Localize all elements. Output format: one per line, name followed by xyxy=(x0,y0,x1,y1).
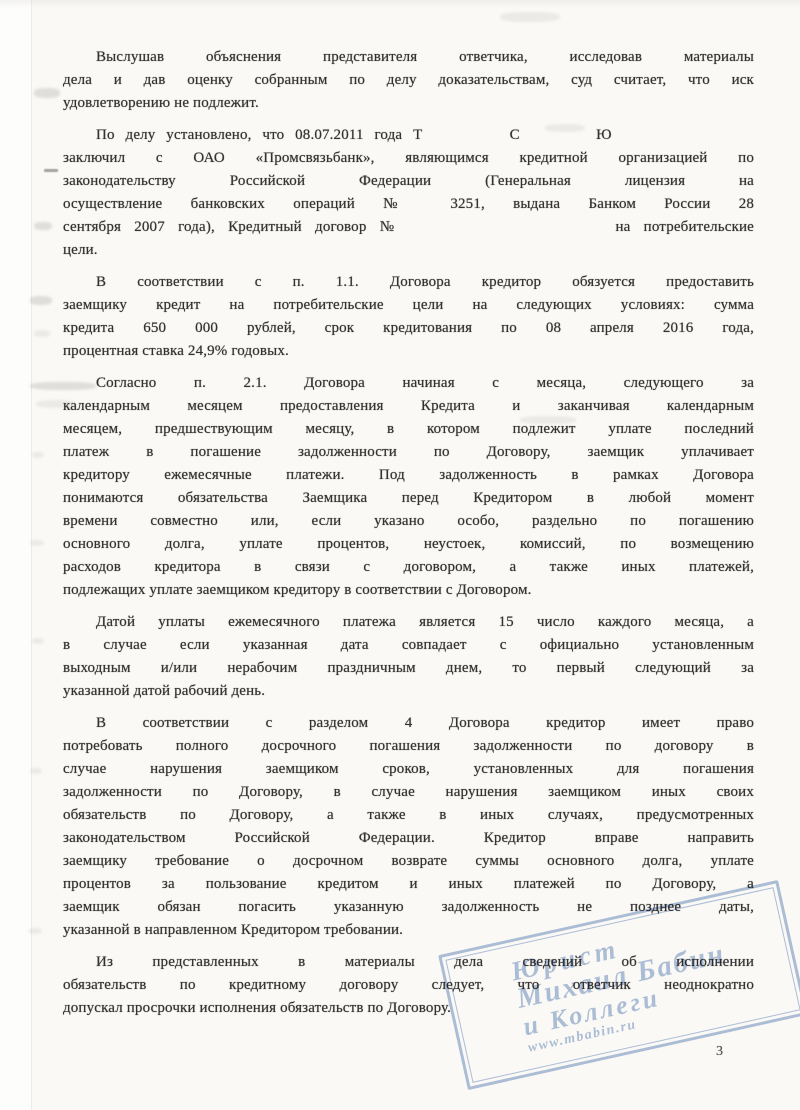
text-line: сентября 2007 года), Кредитный договор №… xyxy=(63,216,754,239)
text-line: законодательству Российской Федерации (Г… xyxy=(63,170,754,193)
scan-artifact xyxy=(28,928,42,934)
scan-artifact xyxy=(44,169,58,172)
paragraph: Согласно п. 2.1. Договора начиная с меся… xyxy=(63,372,754,602)
text-line: случае нарушения заемщиком сроков, устан… xyxy=(63,758,754,781)
text-line: платеж в погашение задолженности по Дого… xyxy=(63,441,754,464)
text-line: понимаются обязательства Заемщика перед … xyxy=(63,487,754,510)
text-line: законодательством Российской Федерации. … xyxy=(63,827,754,850)
scan-artifact xyxy=(34,222,52,230)
text-line: Выслушав объяснения представителя ответч… xyxy=(63,46,754,69)
scan-artifact xyxy=(34,88,60,98)
text-line: выходным и/или нерабочим праздничным дне… xyxy=(63,657,754,680)
paragraph: Из представленных в материалы дела сведе… xyxy=(63,951,754,1020)
scan-artifact xyxy=(32,452,44,458)
text-line: потребовать полного досрочного погашения… xyxy=(63,735,754,758)
text-line: подлежащих уплате заемщиком кредитору в … xyxy=(63,579,754,602)
text-line: обязательств по кредитному договору след… xyxy=(63,974,754,997)
text-line: заключил с ОАО «Промсвязьбанк», являющим… xyxy=(63,147,754,170)
paragraph: В соответствии с п. 1.1. Договора кредит… xyxy=(63,271,754,363)
text-line: расходов кредитора в связи с договором, … xyxy=(63,556,754,579)
text-line: обязательств по Договору, а также в иных… xyxy=(63,804,754,827)
text-line: Из представленных в материалы дела сведе… xyxy=(63,951,754,974)
text-line: в случае если указанная дата совпадает с… xyxy=(63,634,754,657)
text-line: Согласно п. 2.1. Договора начиная с меся… xyxy=(63,372,754,395)
paragraph: Выслушав объяснения представителя ответч… xyxy=(63,46,754,115)
text-line: процентов за пользование кредитом и иных… xyxy=(63,873,754,896)
text-line: По делу установлено, что 08.07.2011 года… xyxy=(63,124,754,147)
paragraph: По делу установлено, что 08.07.2011 года… xyxy=(63,124,754,262)
text-line: процентная ставка 24,9% годовых. xyxy=(63,340,754,363)
text-line: В соответствии с п. 1.1. Договора кредит… xyxy=(63,271,754,294)
text-line: осуществление банковских операций № 3251… xyxy=(63,193,754,216)
text-line: основного долга, уплате процентов, неуст… xyxy=(63,533,754,556)
scan-artifact xyxy=(500,12,560,22)
text-line: Датой уплаты ежемесячного платежа являет… xyxy=(63,611,754,634)
scan-artifact xyxy=(30,296,52,305)
page-number: 3 xyxy=(716,1044,723,1060)
text-line: времени совместно или, если указано особ… xyxy=(63,510,754,533)
paragraph: В соответствии с разделом 4 Договора кре… xyxy=(63,712,754,942)
text-line: задолженности по Договору, в случае нару… xyxy=(63,781,754,804)
text-line: кредита 650 000 рублей, срок кредитовани… xyxy=(63,317,754,340)
text-line: указанной датой рабочий день. xyxy=(63,680,754,703)
text-line: заемщик обязан погасить указанную задолж… xyxy=(63,896,754,919)
text-line: месяцем, предшествующим месяцу, в которо… xyxy=(63,418,754,441)
scan-artifact xyxy=(34,330,50,337)
text-line: допускал просрочки исполнения обязательс… xyxy=(63,997,754,1020)
text-line: удовлетворению не подлежит. xyxy=(63,92,754,115)
paragraph: Датой уплаты ежемесячного платежа являет… xyxy=(63,611,754,703)
text-line: цели. xyxy=(63,239,754,262)
text-line: календарным месяцем предоставления Креди… xyxy=(63,395,754,418)
text-line: указанной в направленном Кредитором треб… xyxy=(63,919,754,942)
scan-artifact xyxy=(30,540,44,546)
text-line: кредитору ежемесячные платежи. Под задол… xyxy=(63,464,754,487)
text-line: заемщику кредит на потребительские цели … xyxy=(63,294,754,317)
scanned-court-document-page: Выслушав объяснения представителя ответч… xyxy=(0,0,800,1110)
text-line: заемщику требование о досрочном возврате… xyxy=(63,850,754,873)
scan-artifact xyxy=(30,768,42,774)
text-line: дела и дав оценку собранным по делу дока… xyxy=(63,69,754,92)
document-text: Выслушав объяснения представителя ответч… xyxy=(63,46,754,1020)
scan-artifact xyxy=(32,638,44,644)
text-line: В соответствии с разделом 4 Договора кре… xyxy=(63,712,754,735)
